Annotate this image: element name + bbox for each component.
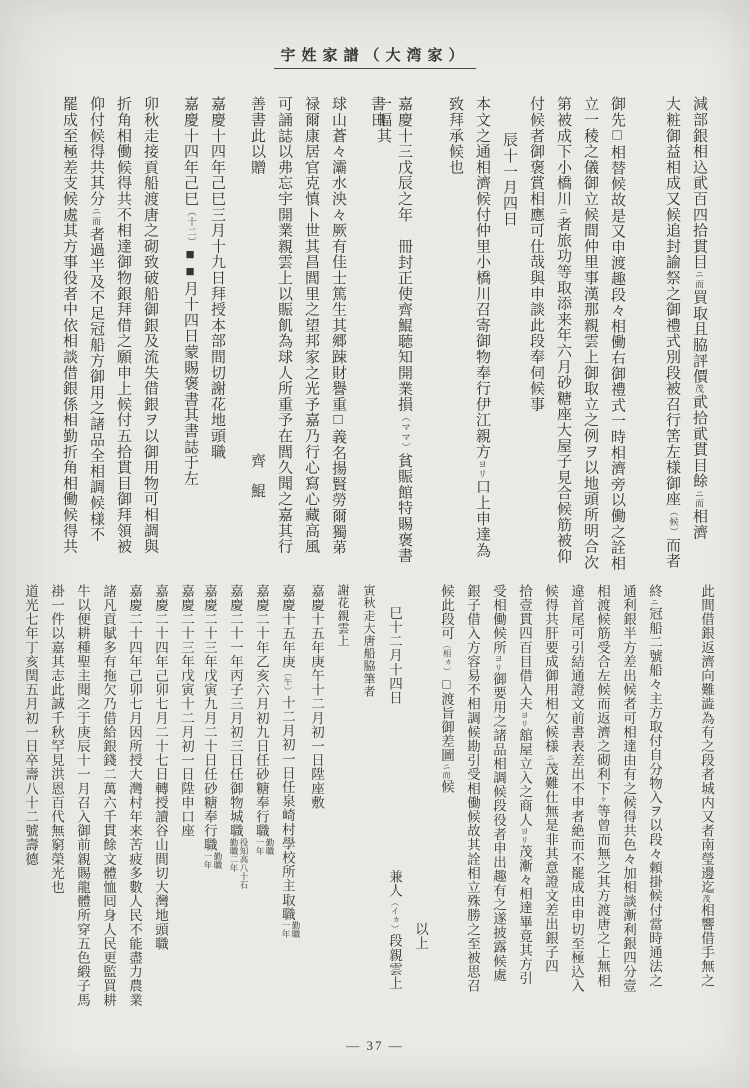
- editor-annotation: （ママ）: [399, 412, 409, 452]
- text-column: 辰十一月四日: [493, 96, 520, 576]
- text-column: 嘉慶二十三年戊寅九月二十日任砂糖奉行職勤職一年: [196, 584, 222, 1026]
- text-run: 等曾而無之其方渡唐之上無相: [595, 804, 610, 987]
- text-column: 嘉慶十四年己巳三月十九日拜授本部間切謝花地頭職: [201, 96, 228, 576]
- text-run: 書曰: [369, 96, 385, 128]
- text-column: 嘉慶十三戊辰之年冊封正使齊鯤聴知開業損（ママ）貧賑館特賜褒書一幅其: [388, 96, 415, 576]
- editor-annotation: （相ヵ）: [442, 640, 451, 676]
- text-column: 銀子借入方容易不相調候勘引受相働候故其詮相立殊勝之至被思召: [456, 584, 482, 1026]
- text-run: 鯤: [249, 483, 265, 499]
- text-column: 善書此以贈齊鯤: [241, 96, 268, 576]
- page-title: 宇姓家譜（大湾家）: [274, 44, 475, 69]
- text-run: ニ而: [442, 762, 451, 779]
- text-run: 寅秋走大唐船脇筆者: [362, 584, 376, 697]
- text-run: ニ而: [91, 207, 101, 227]
- text-run: 巳十二月十四日: [387, 606, 402, 705]
- text-run: ニ而: [694, 270, 704, 290]
- text-run: 貮拾貮貫目餘: [691, 394, 707, 489]
- text-run: 茂難仕無是非其意證文差出銀子四: [543, 762, 558, 974]
- text-run: ヶ: [598, 796, 607, 805]
- text-run: 以上: [413, 922, 428, 950]
- text-column: 此間借銀返濟向難澁為有之段者城内又者南瑩邊迄茂相響借手無之: [690, 584, 716, 1026]
- text-run: ヨリ: [494, 655, 503, 672]
- text-column: 巳十二月十四日兼人（イヵ）段親雲上: [378, 584, 404, 1026]
- text-run: 此間借銀返濟向難澁為有之段者城内又者南瑩邊迄: [699, 584, 714, 894]
- inline-service-note: 役知高八十石勤職二年: [228, 838, 248, 889]
- text-column: 嘉慶十五年庚午十二月初一日陞座敷: [300, 584, 326, 1026]
- text-run: 相渡候筋受合左候而返濟之砌利下: [595, 584, 610, 796]
- bottom-text-block: 此間借銀返濟向難澁為有之段者城内又者南瑩邊迄茂相響借手無之終ニ冠船二號船々主方取…: [14, 584, 716, 1026]
- text-run: 御先□相替候故是又申渡趣段々相働右御禮式一時相濟旁以働之詮相: [609, 96, 625, 571]
- text-run: 第被成下小橋川: [555, 96, 571, 207]
- inline-service-note: 勤職一年: [254, 838, 274, 855]
- text-run: 舘屋立入之商人: [517, 728, 532, 827]
- vertical-spacer: [257, 175, 258, 453]
- text-column: 謝花親雲上: [326, 584, 352, 1026]
- text-run: 辰十一月四日: [501, 132, 517, 227]
- text-run: ヨリ: [520, 711, 529, 728]
- text-column: 終ニ冠船二號船々主方取付自分物入ヲ以段々頼掛候付當時通法之: [638, 584, 664, 1026]
- text-run: 相濟: [691, 508, 707, 540]
- text-run: ニ: [546, 753, 555, 762]
- text-run: 買取且脇評價: [691, 289, 707, 384]
- vertical-spacer: [404, 222, 405, 238]
- text-run: 齊: [249, 453, 265, 469]
- text-column: 立一稜之儀御立候間仲里事漢那親雲上御取立之例ヲ以地頭所明合次: [574, 96, 601, 576]
- text-run: 者旅功等取添来年六月砂糖座大屋子見合候筋被仰: [555, 216, 571, 564]
- vertical-spacer: [394, 705, 395, 870]
- text-run: 褂一件以嘉其志此誠千秋罕見洪恩百代無窮榮光也: [49, 584, 64, 894]
- text-run: ニ而: [694, 489, 704, 509]
- text-run: 嘉慶十五年庚午十二月初一日陞座敷: [309, 584, 324, 810]
- text-run: 仰付候得共其分: [88, 96, 104, 207]
- text-run: 大粧御益相成又候追封諭祭之御禮式別段被召行筈左様御座: [664, 96, 680, 507]
- page-header: 宇姓家譜（大湾家）: [0, 44, 750, 69]
- text-run: 嘉慶二十三年戊寅九月二十日任砂糖奉行職: [202, 584, 217, 852]
- text-column: 致拜承候也: [439, 96, 466, 576]
- text-column: 候此段可（相ヵ）□渡旨御差圖ニ而候: [430, 584, 456, 1026]
- text-run: 嘉慶二十三年戊寅十二月初一日陞申口座: [179, 584, 194, 838]
- document-page: 宇姓家譜（大湾家） 減部銀相込貮百四拾貫目ニ而買取且脇評價茂貮拾貮貫目餘ニ而相濟…: [0, 0, 750, 1088]
- text-run: 球山蒼々灞水泱々厥有佳士篤生其郷踈財譽重□義名揚賢勞爾獨苐: [330, 96, 346, 555]
- text-run: 禄爾康居官克慎卜世其昌閭里之望邦家之光予嘉乃行心寫心藏高風: [303, 96, 319, 554]
- text-run: ニ: [650, 598, 659, 607]
- text-run: 付候者御褒賞相應可仕哉與申談此段奉伺候事: [528, 96, 544, 412]
- text-run: 銀子借入方容易不相調候勘引受相働候故其詮相立殊勝之至被思召: [465, 584, 480, 993]
- text-run: 冊封正使齊鯤聴知開業損: [396, 238, 412, 412]
- text-run: 相響借手無之: [699, 903, 714, 988]
- text-run: 可誦誌以弗忘宇開業親雲上以賑飢為球人所重予在閭久聞之嘉其行: [276, 96, 292, 554]
- editor-annotation: （十二）: [185, 207, 195, 247]
- text-run: 罷成至極差支候處其方事役者中依相談借銀係相勤折角相働候得共: [61, 96, 77, 554]
- text-run: 候此段可: [439, 584, 454, 640]
- text-run: ヨリ: [477, 459, 487, 479]
- text-column: 御先□相替候故是又申渡趣段々相働右御禮式一時相濟旁以働之詮相: [601, 96, 628, 576]
- text-column: 諸凡貢賦多有拖欠乃借給銀錢二萬六千貫餘文體恤囘身人民更監買耕: [92, 584, 118, 1026]
- text-column: 拾壹貫四百目借入夫ヨリ舘屋立入之商人ヨリ茂漸々相達畢竟其方引: [508, 584, 534, 1026]
- text-run: 卯秋走接貢船渡唐之砌致破船御銀及流失借銀ヲ以御用物可相調與: [142, 96, 158, 554]
- text-column: 卯秋走接貢船渡唐之砌致破船御銀及流失借銀ヲ以御用物可相調與: [134, 96, 161, 576]
- text-column: 相渡候筋受合左候而返濟之砌利下ヶ等曾而無之其方渡唐之上無相: [586, 584, 612, 1026]
- text-column: 候得共肝要成御用相欠候様ニ茂難仕無是非其意證文差出銀子四: [534, 584, 560, 1026]
- top-text-block: 減部銀相込貮百四拾貫目ニ而買取且脇評價茂貮拾貮貫目餘ニ而相濟大粧御益相成又候追封…: [53, 96, 710, 576]
- text-column: 球山蒼々灞水泱々厥有佳士篤生其郷踈財譽重□義名揚賢勞爾獨苐: [322, 96, 349, 576]
- text-run: 御要用之諸品相調候段役者申出趣有之遂披露候處: [491, 672, 506, 982]
- text-run: ヨリ: [520, 827, 529, 844]
- text-run: 嘉慶二十四年己卯七月二十七日轉授讀谷山間切大灣地頭職: [153, 584, 168, 951]
- text-run: 終: [647, 584, 662, 598]
- text-column: 減部銀相込貮百四拾貫目ニ而買取且脇評價茂貮拾貮貫目餘ニ而相濟: [683, 96, 710, 576]
- text-run: 牛以便耕種聖主聞之于庚辰十一月召入御前親賜龍體所穿五色緞子馬: [75, 584, 90, 1007]
- text-column: 禄爾康居官克慎卜世其昌閭里之望邦家之光予嘉乃行心寫心藏高風: [295, 96, 322, 576]
- editor-annotation: （候）: [667, 507, 677, 537]
- text-column: 通利銀半方差出候者可相達由有之候得共色々加相談漸利銀四分壹: [612, 584, 638, 1026]
- text-run: 諸凡貢賦多有拖欠乃借給銀錢二萬六千貫餘文體恤囘身人民更監買耕: [101, 584, 116, 1007]
- text-run: ニ: [558, 207, 568, 217]
- text-column: 牛以便耕種聖主聞之于庚辰十一月召入御前親賜龍體所穿五色緞子馬: [66, 584, 92, 1026]
- editor-annotation: （午）: [283, 669, 292, 696]
- text-column: 嘉慶二十四年己卯七月因所授大灣村年来苦疲多數人民不能盡力農業: [118, 584, 144, 1026]
- text-run: 本文之通相濟候付仲里小橋川召寄御物奉行伊江親方: [474, 96, 490, 459]
- text-column: 仰付候得共其分ニ而者過半及不足冠船方御用之諸品全相調候様不: [80, 96, 107, 576]
- text-column: 嘉慶二十一年丙子三月初三日任御物城職役知高八十石勤職二年: [222, 584, 248, 1026]
- text-run: □渡旨御差圖: [439, 676, 454, 762]
- text-column: 寅秋走大唐船脇筆者: [352, 584, 378, 1026]
- inline-service-note: 勤職一年: [280, 921, 300, 938]
- text-column: 違首尾可引結通證文前書表差出不申者絶而不罷成由申切至極込入: [560, 584, 586, 1026]
- text-run: 嘉慶十五年庚: [280, 584, 295, 669]
- text-column: 道光七年丁亥閏五月初一日卒壽八十二號壽德: [14, 584, 40, 1026]
- text-column: 嘉慶二十四年己卯七月二十七日轉授讀谷山間切大灣地頭職: [144, 584, 170, 1026]
- text-column: 嘉慶十五年庚（午）十二月初一日任泉崎村學校所主取職勤職一年: [274, 584, 300, 1026]
- text-column: 嘉慶二十年乙亥六月初九日任砂糖奉行職勤職一年: [248, 584, 274, 1026]
- text-column: 大粧御益相成又候追封諭祭之御禮式別段被召行筈左様御座（候）而者: [656, 96, 683, 576]
- text-run: 嘉慶十三戊辰之年: [396, 96, 412, 222]
- text-run: 嘉慶二十一年丙子三月初三日任御物城職: [228, 584, 243, 838]
- text-run: 道光七年丁亥閏五月初一日卒壽八十二號壽德: [23, 584, 38, 866]
- text-run: 善書此以贈: [249, 96, 265, 175]
- text-run: 受相働候所: [491, 584, 506, 655]
- text-run: 違首尾可引結通證文前書表差出不申者絶而不罷成由申切至極込入: [569, 584, 584, 993]
- vertical-spacer: [257, 469, 258, 483]
- text-run: 立一稜之儀御立候間仲里事漢那親雲上御取立之例ヲ以地頭所明合次: [582, 96, 598, 570]
- text-column: 折角相働候得共不相達御物銀拜借之願申上候付五拾貫目御拜領被: [107, 96, 134, 576]
- text-run: 嘉慶二十年乙亥六月初九日任砂糖奉行職: [254, 584, 269, 838]
- inline-service-note: 勤職一年: [202, 852, 222, 869]
- text-run: 謝花親雲上: [336, 584, 350, 647]
- text-column: 付候者御褒賞相應可仕哉與申談此段奉伺候事: [520, 96, 547, 576]
- text-column: 第被成下小橋川ニ者旅功等取添来年六月砂糖座大屋子見合候筋被仰: [547, 96, 574, 576]
- text-run: 十二月初一日任泉崎村學校所主取職: [280, 696, 295, 922]
- text-run: 口上申達為: [474, 479, 490, 558]
- text-column: 嘉慶十四年己巳（十二）■■月十四日蒙賜褒書其書誌于左: [174, 96, 201, 576]
- text-run: 嘉慶十四年己巳: [182, 96, 198, 207]
- text-run: 嘉慶十四年己巳三月十九日拜授本部間切謝花地頭職: [209, 96, 225, 459]
- text-run: 通利銀半方差出候者可相達由有之候得共色々加相談漸利銀四分壹: [621, 584, 636, 993]
- editor-annotation: （イヵ）: [390, 898, 399, 934]
- text-run: 茂漸々相達畢竟其方引: [517, 844, 532, 985]
- text-run: 段親雲上: [387, 934, 402, 990]
- text-run: 拾壹貫四百目借入夫: [517, 584, 532, 711]
- text-column: 受相働候所ヨリ御要用之諸品相調候段役者申出趣有之遂披露候處: [482, 584, 508, 1026]
- text-run: 嘉慶二十四年己卯七月因所授大灣村年来苦疲多數人民不能盡力農業: [127, 584, 142, 1007]
- text-column: 本文之通相濟候付仲里小橋川召寄御物奉行伊江親方ヨリ口上申達為: [466, 96, 493, 576]
- text-run: 候得共肝要成御用相欠候様: [543, 584, 558, 753]
- text-column: 嘉慶二十三年戊寅十二月初一日陞申口座: [170, 584, 196, 1026]
- vertical-spacer: [420, 584, 421, 922]
- text-run: 冠船二號船々主方取付自分物入ヲ以段々頼掛候付當時通法之: [647, 607, 662, 988]
- text-run: 減部銀相込貮百四拾貫目: [691, 96, 707, 270]
- text-column: 以上: [404, 584, 430, 1026]
- page-number: — 37 —: [0, 1038, 750, 1054]
- text-column: 書曰: [361, 96, 388, 576]
- text-run: 候: [439, 780, 454, 794]
- text-run: 兼人: [387, 870, 402, 898]
- text-column: 可誦誌以弗忘宇開業親雲上以賑飢為球人所重予在閭久聞之嘉其行: [268, 96, 295, 576]
- text-run: 茂: [694, 384, 704, 394]
- text-run: 致拜承候也: [447, 96, 463, 175]
- text-column: 罷成至極差支候處其方事役者中依相談借銀係相勤折角相働候得共: [53, 96, 80, 576]
- text-run: 而者: [664, 537, 680, 569]
- text-run: 茂: [702, 894, 711, 903]
- text-run: ■■月十四日蒙賜褒書其書誌于左: [182, 247, 198, 486]
- text-run: 者過半及不足冠船方御用之諸品全相調候様不: [88, 226, 104, 542]
- text-column: 褂一件以嘉其志此誠千秋罕見洪恩百代無窮榮光也: [40, 584, 66, 1026]
- text-run: 折角相働候得共不相達御物銀拜借之願申上候付五拾貫目御拜領被: [115, 96, 131, 554]
